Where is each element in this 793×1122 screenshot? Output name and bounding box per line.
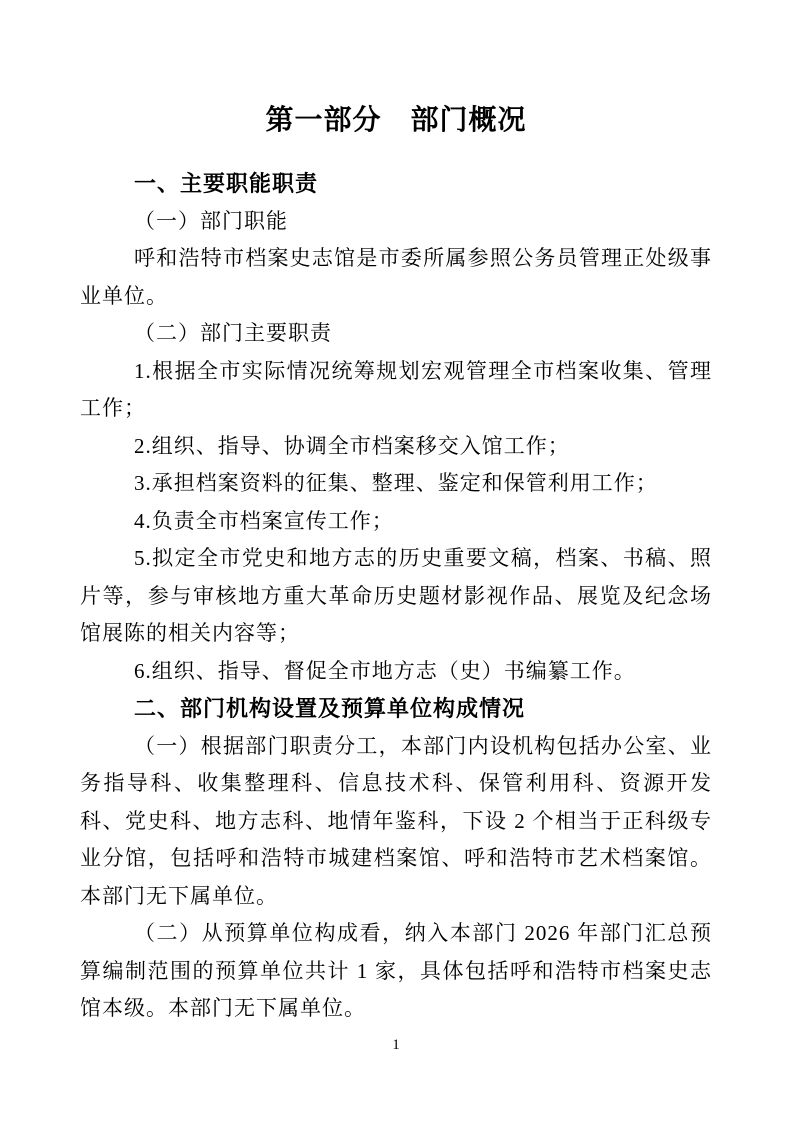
paragraph-duty-item-4: 4.负责全市档案宣传工作； — [80, 503, 712, 541]
paragraph-internal-structure: （一）根据部门职责分工，本部门内设机构包括办公室、业务指导科、收集整理科、信息技… — [80, 728, 712, 916]
paragraph-department-function-body: 呼和浩特市档案史志馆是市委所属参照公务员管理正处级事业单位。 — [80, 240, 712, 315]
section-heading-main-duties: 一、主要职能职责 — [80, 165, 712, 203]
paragraph-duty-item-6: 6.组织、指导、督促全市地方志（史）书编纂工作。 — [80, 653, 712, 691]
paragraph-duty-item-2: 2.组织、指导、协调全市档案移交入馆工作； — [80, 428, 712, 466]
document-title: 第一部分 部门概况 — [80, 101, 712, 141]
paragraph-duty-item-1: 1.根据全市实际情况统筹规划宏观管理全市档案收集、管理工作； — [80, 353, 712, 428]
paragraph-budget-units: （二）从预算单位构成看，纳入本部门 2026 年部门汇总预算编制范围的预算单位共… — [80, 915, 712, 1028]
paragraph-duty-item-3: 3.承担档案资料的征集、整理、鉴定和保管利用工作； — [80, 465, 712, 503]
page-number: 1 — [80, 1035, 712, 1055]
document-page: 第一部分 部门概况 一、主要职能职责 （一）部门职能 呼和浩特市档案史志馆是市委… — [0, 0, 793, 1122]
section-heading-org-structure: 二、部门机构设置及预算单位构成情况 — [80, 690, 712, 728]
paragraph-duty-item-5: 5.拟定全市党史和地方志的历史重要文稿，档案、书稿、照片等，参与审核地方重大革命… — [80, 540, 712, 653]
paragraph-department-function-label: （一）部门职能 — [80, 203, 712, 241]
paragraph-main-duties-label: （二）部门主要职责 — [80, 315, 712, 353]
